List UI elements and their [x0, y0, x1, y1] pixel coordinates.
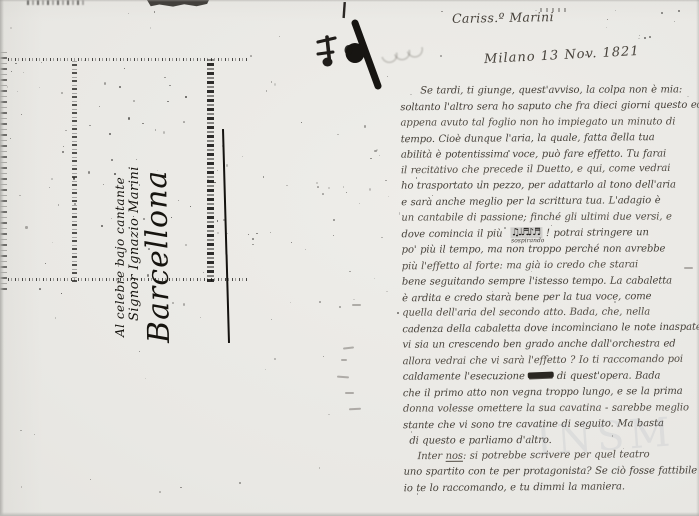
letter-text: caldamente l'esecuzione — [403, 371, 525, 383]
paper-speck — [674, 21, 676, 23]
paper-speck — [369, 188, 371, 191]
paper-speck — [25, 226, 27, 229]
paper-speck — [531, 271, 532, 272]
paper-speck — [328, 187, 330, 189]
margin-pen-mark — [341, 359, 347, 361]
letter-text: Inter — [417, 451, 445, 462]
paper-speck — [271, 319, 272, 320]
letter-line: vi sia un crescendo ben grado anche dall… — [402, 339, 698, 356]
paper-speck — [274, 83, 276, 86]
address-line-1: Al celebre bajo cantante — [113, 115, 127, 347]
paper-speck — [416, 177, 417, 179]
paper-speck — [328, 414, 330, 415]
music-notation-icon: ♫♩♬♪♬sospirando — [510, 227, 542, 238]
photo-edge-left — [0, 0, 4, 516]
letter-text: bene seguitando sempre l'istesso tempo. … — [402, 275, 672, 287]
letter-text: soltanto l'altro sera ho saputo che fra … — [400, 100, 699, 114]
letter-line: un cantabile di passione; finché gli ult… — [401, 211, 697, 228]
letter-text: cadenza della cabaletta dove incomincian… — [402, 322, 699, 336]
paper-speck — [88, 171, 90, 173]
paper-speck — [62, 151, 64, 152]
margin-pen-mark — [345, 392, 354, 394]
paper-speck — [250, 55, 252, 57]
paper-speck — [214, 182, 215, 183]
letter-text: abilità è potentissima voce, può fare ef… — [401, 148, 666, 160]
paper-speck — [322, 193, 324, 195]
letter-line: che il primo atto non vegna troppo lungo… — [403, 386, 699, 404]
letter-text: quella dell'aria del secondo atto. Bada,… — [402, 307, 650, 319]
paper-speck — [286, 185, 288, 186]
paper-speck — [183, 303, 185, 306]
letter-text: dove comincia il più — [401, 228, 506, 240]
paper-speck — [612, 435, 613, 437]
underlined-word: nos — [446, 451, 463, 462]
paper-speck — [185, 96, 187, 99]
letter-text: un cantabile di passione; finché gli ult… — [401, 212, 671, 224]
crossed-out-word — [528, 372, 554, 379]
margin-pen-mark — [352, 304, 361, 306]
letter-text: che il primo atto non vegna troppo lungo… — [403, 386, 683, 399]
scanned-letter-photo: Al celebre bajo cantante Signor Ignazio … — [0, 0, 699, 516]
paper-speck — [172, 302, 174, 304]
archive-watermark: INSM — [535, 409, 677, 465]
letter-line: io te lo raccomando, e tu dimmi la manie… — [404, 481, 699, 499]
letter-text: di quest'opera. Bada — [557, 371, 661, 382]
letter-text: Se tardi, ti giunge, quest'avviso, la co… — [420, 84, 682, 96]
paper-speck — [133, 100, 135, 102]
paper-speck — [364, 125, 366, 127]
paper-speck — [265, 369, 266, 370]
address-text-rotated: Al celebre bajo cantante Signor Ignazio … — [113, 115, 229, 347]
paper-speck — [248, 234, 249, 235]
paper-speck — [147, 274, 149, 276]
paper-speck — [623, 448, 625, 449]
paper-speck — [319, 301, 321, 303]
paper-speck — [128, 117, 130, 120]
letter-salutation: Cariss.º Marini — [452, 9, 554, 26]
paper-speck — [118, 259, 120, 261]
paper-speck — [61, 92, 63, 94]
paper-speck — [41, 62, 42, 63]
letter-text: appena avuto tal foglio non ho impiegato… — [401, 116, 676, 128]
letter-text: ! potrai stringere un — [546, 227, 649, 239]
photo-edge-top — [0, 0, 699, 2]
paper-speck — [323, 356, 324, 357]
margin-pen-mark — [684, 267, 693, 269]
paper-speck — [460, 313, 461, 314]
paper-speck — [34, 434, 35, 435]
paper-speck — [614, 301, 616, 303]
paper-speck — [440, 55, 442, 57]
paper-speck — [226, 164, 228, 167]
paper-speck — [585, 54, 586, 56]
paper-speck — [687, 96, 689, 98]
paper-speck — [359, 203, 360, 204]
paper-speck — [333, 219, 335, 221]
paper-speck — [148, 248, 150, 250]
paper-speck — [379, 155, 380, 156]
paper-speck — [7, 86, 8, 87]
paper-speck — [301, 122, 302, 123]
paper-speck — [39, 288, 41, 290]
paper-speck — [39, 87, 40, 88]
paper-speck — [157, 170, 158, 171]
paper-speck — [274, 358, 276, 360]
paper-speck — [316, 182, 318, 184]
letter-line: bene seguitando sempre l'istesso tempo. … — [402, 275, 698, 292]
letter-text: più l'effetto al forte: ma già io credo … — [402, 259, 638, 272]
paper-speck — [256, 233, 258, 234]
letter-line: caldamente l'esecuzionedi quest'opera. B… — [403, 370, 699, 387]
paper-speck — [317, 186, 319, 188]
letter-text: allora vedrai che vi sarà l'effetto ? Io… — [403, 354, 683, 367]
letter-text: io te lo raccomando, e tu dimmi la manie… — [404, 482, 625, 495]
paper-speck — [45, 263, 47, 265]
letter-line: abilità è potentissima voce, può fare ef… — [401, 148, 697, 165]
paper-speck — [374, 150, 376, 152]
paper-speck — [15, 63, 17, 65]
paper-speck — [417, 493, 419, 495]
letter-line: più l'effetto al forte: ma già io credo … — [402, 259, 698, 277]
paper-speck — [504, 227, 506, 229]
paper-speck — [291, 242, 292, 243]
letter-line: quella dell'aria del secondo atto. Bada,… — [402, 307, 698, 324]
letter-line: po' più il tempo, ma non troppo perché n… — [402, 243, 698, 260]
paper-speck — [73, 177, 75, 180]
paper-speck — [142, 123, 144, 124]
letter-text: il recitativo che precede il Duetto, e q… — [401, 163, 670, 176]
paper-speck — [118, 265, 119, 267]
address-panel: Al celebre bajo cantante Signor Ignazio … — [8, 58, 248, 282]
letter-text: uno spartito con te per protagonista? Se… — [404, 466, 698, 478]
paper-speck — [678, 10, 680, 12]
paper-speck — [227, 233, 228, 234]
letter-line: appena avuto tal foglio non ho impiegato… — [401, 116, 697, 133]
paper-speck — [661, 12, 662, 13]
address-line-3: Barcellona — [138, 115, 177, 348]
paper-speck — [607, 19, 608, 20]
paper-speck — [649, 36, 651, 38]
paper-speck — [349, 271, 351, 272]
paper-speck — [370, 158, 372, 159]
letter-text: di questo e parliamo d'altro. — [409, 435, 551, 447]
paper-speck — [171, 217, 172, 218]
paper-speck — [65, 130, 67, 132]
letter-line: Se tardi, ti giunge, quest'avviso, la co… — [420, 84, 696, 101]
paper-speck — [163, 131, 165, 134]
paper-speck — [111, 159, 113, 161]
letter-line: dove comincia il più ♫♩♬♪♬sospirando! po… — [401, 227, 697, 245]
music-notation-label: sospirando — [511, 237, 544, 244]
letter-text: e sarà anche meglio per la scrittura tua… — [401, 195, 660, 208]
paper-speck — [114, 173, 116, 175]
paper-speck — [51, 178, 53, 180]
letter-text: tempo. Cioè dunque l'aria, la quale, fat… — [401, 132, 655, 145]
paper-speck — [55, 317, 57, 319]
paper-speck — [183, 121, 185, 123]
paper-speck — [20, 430, 22, 431]
letter-line: soltanto l'altro sera ho saputo che fra … — [400, 100, 696, 118]
letter-line: uno spartito con te per protagonista? Se… — [404, 466, 699, 483]
letter-line: ho trasportato un pezzo, per adattarlo a… — [401, 180, 697, 197]
panel-border-left — [72, 58, 77, 282]
address-underline-flourish — [222, 129, 230, 343]
paper-speck — [263, 176, 264, 177]
letter-text: ho trasportato un pezzo, per adattarlo a… — [401, 180, 676, 192]
letter-line: tempo. Cioè dunque l'aria, la quale, fat… — [401, 131, 697, 149]
paper-speck — [279, 36, 280, 37]
paper-speck — [101, 225, 103, 227]
photo-edge-bottom — [0, 512, 699, 516]
paper-speck — [164, 255, 166, 258]
letter-text: vi sia un crescendo ben grado anche dall… — [402, 339, 675, 351]
paper-speck — [139, 184, 140, 185]
paper-speck — [508, 150, 510, 152]
paper-speck — [217, 232, 219, 233]
paper-speck — [387, 76, 388, 77]
paper-speck — [223, 219, 225, 220]
letter-text: po' più il tempo, ma non troppo perché n… — [402, 243, 666, 255]
paper-speck — [58, 204, 59, 206]
paper-speck — [119, 86, 121, 88]
